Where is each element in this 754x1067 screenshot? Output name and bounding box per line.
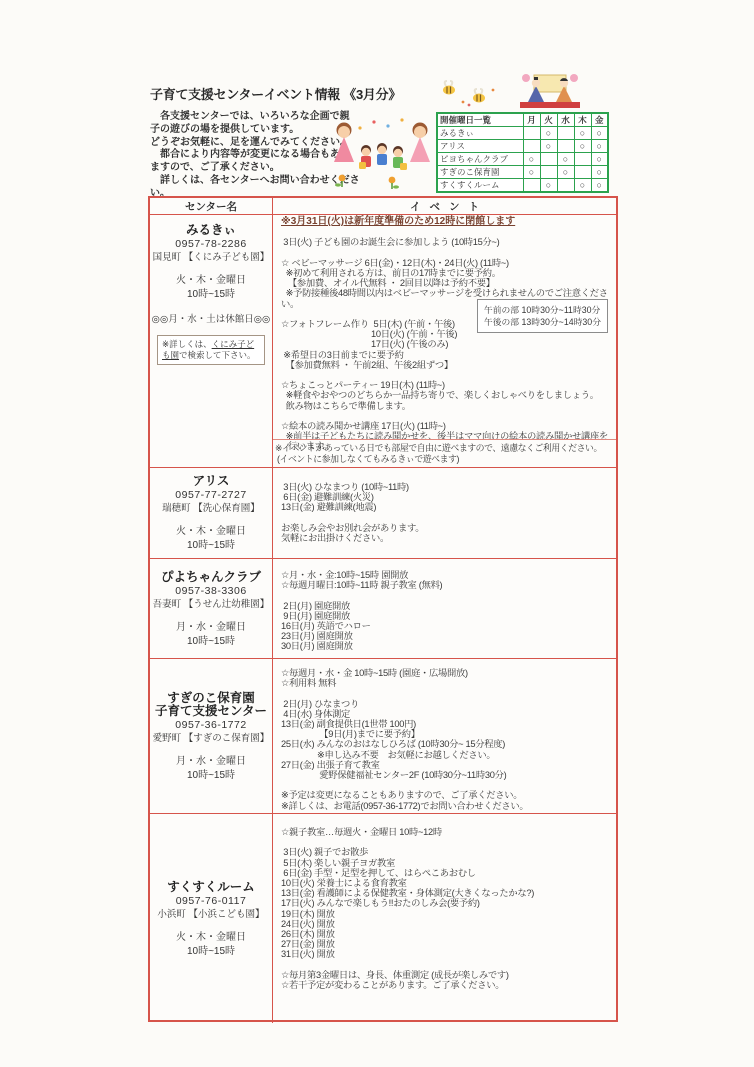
weekday-mark bbox=[557, 127, 574, 140]
weekday-table-title: 開催曜日一覧 bbox=[437, 113, 523, 127]
weekday-mark bbox=[557, 140, 574, 153]
center-name: みるきぃ bbox=[186, 223, 236, 237]
event-list: 3日(火) 子ども園のお誕生会に参加しよう (10時15分~) ☆ ベビーマッサ… bbox=[281, 227, 614, 451]
weekday-mark: ○ bbox=[591, 179, 608, 193]
event-list: ☆親子教室…毎週火・金曜日 10時~12時 3日(火) 親子でお散歩 5日(木)… bbox=[281, 827, 614, 990]
weekday-col-header: 水 bbox=[557, 113, 574, 127]
center-place: 国見町 【くにみ子ども園】 bbox=[153, 252, 270, 264]
weekday-center-name: すくすくルーム bbox=[437, 179, 523, 193]
hina-dolls-icon bbox=[518, 72, 582, 110]
weekday-col-header: 月 bbox=[523, 113, 540, 127]
session-time-box: 午前の部 10時30分~11時30分 午後の部 13時30分~14時30分 bbox=[477, 299, 608, 333]
bee-decor-icon bbox=[437, 80, 503, 108]
center-place: 愛野町 【すぎのこ保育園】 bbox=[153, 733, 270, 745]
weekday-mark: ○ bbox=[523, 153, 540, 166]
search-note-suffix: で検索して下さい。 bbox=[179, 350, 256, 360]
center-name: すくすくルーム bbox=[167, 880, 255, 894]
weekday-center-name: みるきぃ bbox=[437, 127, 523, 140]
center-phone: 0957-77-2727 bbox=[175, 489, 246, 502]
center-name: アリス bbox=[193, 474, 230, 488]
center-place: 小浜町 【小浜こども園】 bbox=[157, 909, 264, 921]
free-play-note: ※イベントがあっている日でも部屋で自由に遊べますので、遠慮なくご利用ください。 … bbox=[273, 439, 616, 467]
event-cell: ☆毎週月・水・金 10時~15時 (園庭・広場開放) ☆利用料 無料 2日(月)… bbox=[273, 659, 616, 813]
section-suku: すくすくルーム0957-76-0117小浜町 【小浜こども園】火・木・金曜日10… bbox=[150, 814, 616, 1023]
weekday-mark bbox=[557, 179, 574, 193]
event-list: 3日(火) ひなまつり (10時~11時) 6日(金) 避難訓練(火災) 13日… bbox=[281, 482, 614, 543]
weekday-col-header: 火 bbox=[540, 113, 557, 127]
weekday-mark bbox=[574, 153, 591, 166]
weekday-mark: ○ bbox=[540, 127, 557, 140]
center-cell: すくすくルーム0957-76-0117小浜町 【小浜こども園】火・木・金曜日10… bbox=[150, 814, 273, 1023]
weekday-mark bbox=[540, 166, 557, 179]
center-open-hours: 10時~15時 bbox=[187, 770, 235, 782]
weekday-mark: ○ bbox=[557, 166, 574, 179]
weekday-mark bbox=[540, 153, 557, 166]
event-cell: 3日(火) ひなまつり (10時~11時) 6日(金) 避難訓練(火災) 13日… bbox=[273, 468, 616, 558]
weekday-mark: ○ bbox=[540, 179, 557, 193]
search-note-prefix: ※詳しくは、 bbox=[162, 339, 212, 349]
weekday-overview-table: 開催曜日一覧 月火水木金 みるきぃ○○○アリス○○○ピヨちゃんクラブ○○○すぎの… bbox=[436, 112, 609, 193]
event-cell: ※3月31日(火)は新年度準備のため12時に閉館します 3日(火) 子ども園のお… bbox=[273, 215, 616, 467]
weekday-row: ピヨちゃんクラブ○○○ bbox=[437, 153, 608, 166]
column-header-event: イベント bbox=[273, 198, 616, 214]
center-open-days: 月・水・金曜日 bbox=[176, 622, 246, 634]
weekday-mark: ○ bbox=[591, 127, 608, 140]
weekday-mark: ○ bbox=[540, 140, 557, 153]
center-phone: 0957-36-1772 bbox=[175, 719, 246, 732]
weekday-mark bbox=[574, 166, 591, 179]
event-list: ☆毎週月・水・金 10時~15時 (園庭・広場開放) ☆利用料 無料 2日(月)… bbox=[281, 668, 614, 811]
weekday-mark: ○ bbox=[591, 153, 608, 166]
center-name-line2: 子育て支援センター bbox=[155, 704, 267, 718]
center-open-hours: 10時~15時 bbox=[187, 946, 235, 958]
children-playing-illustration bbox=[330, 106, 434, 190]
event-table: センター名 イベント みるきぃ0957-78-2286国見町 【くにみ子ども園】… bbox=[148, 196, 618, 1022]
weekday-row: アリス○○○ bbox=[437, 140, 608, 153]
section-alice: アリス0957-77-2727瑞穂町 【洗心保育園】火・木・金曜日10時~15時… bbox=[150, 468, 616, 559]
weekday-mark: ○ bbox=[574, 127, 591, 140]
event-list: ☆月・水・金:10時~15時 園開放 ☆毎週月曜日:10時~11時 親子教室 (… bbox=[281, 570, 614, 652]
event-table-header: センター名 イベント bbox=[150, 198, 616, 215]
weekday-row: みるきぃ○○○ bbox=[437, 127, 608, 140]
weekday-row: すぎのこ保育園○○○ bbox=[437, 166, 608, 179]
center-phone: 0957-38-3306 bbox=[175, 585, 246, 598]
weekday-mark: ○ bbox=[574, 179, 591, 193]
section-sugi: すぎのこ保育園子育て支援センター0957-36-1772愛野町 【すぎのこ保育園… bbox=[150, 659, 616, 814]
weekday-mark bbox=[523, 127, 540, 140]
page-title: 子育て支援センターイベント情報 《3月分》 bbox=[150, 84, 401, 103]
center-open-days: 月・水・金曜日 bbox=[176, 756, 246, 768]
weekday-header-row: 開催曜日一覧 月火水木金 bbox=[437, 113, 608, 127]
center-cell: みるきぃ0957-78-2286国見町 【くにみ子ども園】火・木・金曜日10時~… bbox=[150, 215, 273, 467]
center-name: ぴよちゃんクラブ bbox=[161, 570, 261, 584]
center-open-hours: 10時~15時 bbox=[187, 540, 235, 552]
center-phone: 0957-76-0117 bbox=[176, 895, 247, 908]
center-cell: アリス0957-77-2727瑞穂町 【洗心保育園】火・木・金曜日10時~15時 bbox=[150, 468, 273, 558]
weekday-row: すくすくルーム○○○ bbox=[437, 179, 608, 193]
center-cell: ぴよちゃんクラブ0957-38-3306吾妻町 【うせん辻幼稚園】月・水・金曜日… bbox=[150, 559, 273, 658]
center-place: 瑞穂町 【洗心保育園】 bbox=[162, 503, 260, 515]
weekday-col-header: 金 bbox=[591, 113, 608, 127]
weekday-mark bbox=[523, 140, 540, 153]
weekday-center-name: ピヨちゃんクラブ bbox=[437, 153, 523, 166]
center-open-hours: 10時~15時 bbox=[187, 289, 235, 301]
section-milky: みるきぃ0957-78-2286国見町 【くにみ子ども園】火・木・金曜日10時~… bbox=[150, 215, 616, 468]
weekday-mark bbox=[523, 179, 540, 193]
weekday-mark: ○ bbox=[591, 140, 608, 153]
weekday-center-name: すぎのこ保育園 bbox=[437, 166, 523, 179]
center-open-hours: 10時~15時 bbox=[187, 636, 235, 648]
event-table-sections: みるきぃ0957-78-2286国見町 【くにみ子ども園】火・木・金曜日10時~… bbox=[150, 215, 616, 1023]
center-cell: すぎのこ保育園子育て支援センター0957-36-1772愛野町 【すぎのこ保育園… bbox=[150, 659, 273, 813]
weekday-mark: ○ bbox=[557, 153, 574, 166]
center-open-days: 火・木・金曜日 bbox=[176, 932, 246, 944]
center-phone: 0957-78-2286 bbox=[175, 238, 246, 251]
weekday-mark: ○ bbox=[574, 140, 591, 153]
center-name: すぎのこ保育園 bbox=[167, 691, 255, 705]
section-piyo: ぴよちゃんクラブ0957-38-3306吾妻町 【うせん辻幼稚園】月・水・金曜日… bbox=[150, 559, 616, 659]
weekday-mark: ○ bbox=[591, 166, 608, 179]
center-search-note: ※詳しくは、くにみ子ども園で検索して下さい。 bbox=[157, 335, 265, 365]
center-open-days: 火・木・金曜日 bbox=[176, 526, 246, 538]
center-closed-note: ◎◎月・水・土は休館日◎◎ bbox=[152, 314, 271, 326]
weekday-col-header: 木 bbox=[574, 113, 591, 127]
column-header-center-name: センター名 bbox=[150, 198, 273, 214]
center-open-days: 火・木・金曜日 bbox=[176, 275, 246, 287]
weekday-mark: ○ bbox=[523, 166, 540, 179]
weekday-center-name: アリス bbox=[437, 140, 523, 153]
event-cell: ☆月・水・金:10時~15時 園開放 ☆毎週月曜日:10時~11時 親子教室 (… bbox=[273, 559, 616, 658]
center-place: 吾妻町 【うせん辻幼稚園】 bbox=[153, 599, 270, 611]
event-cell: ☆親子教室…毎週火・金曜日 10時~12時 3日(火) 親子でお散歩 5日(木)… bbox=[273, 814, 616, 1023]
event-headline: ※3月31日(火)は新年度準備のため12時に閉館します bbox=[281, 217, 614, 227]
